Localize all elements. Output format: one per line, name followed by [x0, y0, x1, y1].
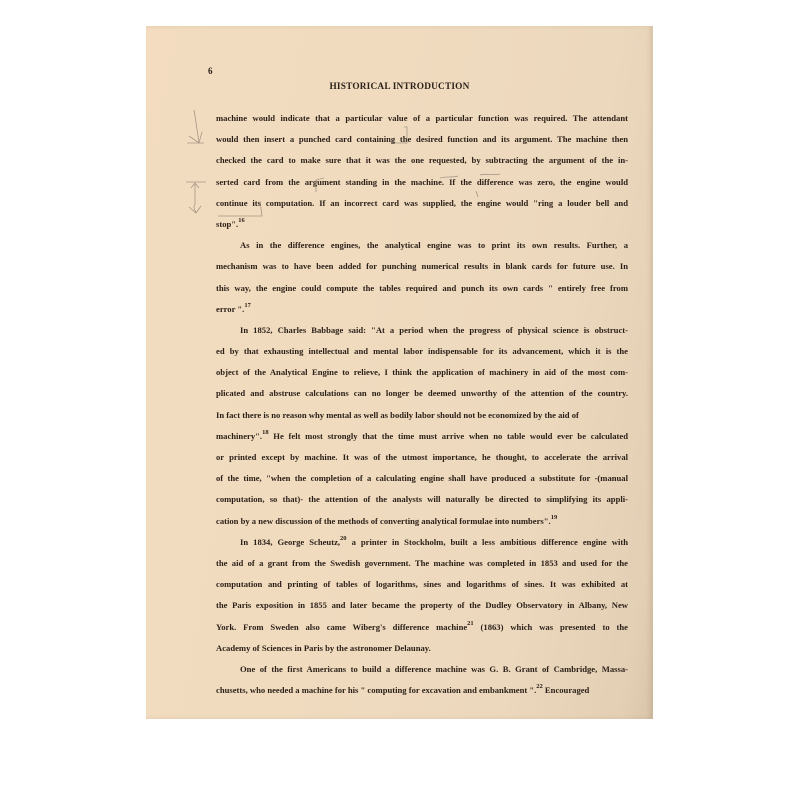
text-line: continue its computation. If an incorrec… — [216, 193, 628, 214]
text-line: chusetts, who needed a machine for his "… — [216, 680, 628, 701]
text-line: Academy of Sciences in Paris by the astr… — [216, 638, 628, 659]
footnote-ref: 19 — [551, 514, 558, 521]
text-line: checked the card to make sure that it wa… — [216, 150, 628, 171]
footnote-ref: 20 — [340, 535, 347, 542]
text-line: computation, so that)- the attention of … — [216, 489, 628, 510]
text-line: In 1834, George Scheutz,20 a printer in … — [216, 532, 628, 553]
down-arrow-icon — [194, 110, 199, 142]
text-line: machinery".18 He felt most strongly that… — [216, 426, 628, 447]
text-line: computation and printing of tables of lo… — [216, 574, 628, 595]
text-line: the aid of a grant from the Swedish gove… — [216, 553, 628, 574]
text-line: York. From Sweden also came Wiberg's dif… — [216, 617, 628, 638]
text-line: this way, the engine could compute the t… — [216, 278, 628, 299]
footnote-ref: 17 — [244, 302, 251, 309]
text-line: machine would indicate that a particular… — [216, 108, 628, 129]
text-line: In fact there is no reason why mental as… — [216, 405, 628, 426]
footnote-ref: 22 — [536, 683, 543, 690]
text-line: In 1852, Charles Babbage said: "At a per… — [216, 320, 628, 341]
text-line: plicated and abstruse calculations can n… — [216, 383, 628, 404]
text-line: serted card from the argument standing i… — [216, 172, 628, 193]
text-line: or printed except by machine. It was of … — [216, 447, 628, 468]
text-line: stop".16 — [216, 214, 628, 235]
text-line: As in the difference engines, the analyt… — [216, 235, 628, 256]
document-page: 6 HISTORICAL INTRODUCTION machine would … — [146, 26, 653, 719]
footnote-ref: 21 — [467, 620, 474, 627]
text-line: object of the Analytical Engine to relie… — [216, 362, 628, 383]
text-line: cation by a new discussion of the method… — [216, 511, 628, 532]
text-line: error ".17 — [216, 299, 628, 320]
text-line: ed by that exhausting intellectual and m… — [216, 341, 628, 362]
text-line: the Paris exposition in 1855 and later b… — [216, 595, 628, 616]
page-number: 6 — [208, 66, 213, 76]
footnote-ref: 16 — [238, 217, 245, 224]
body-text: machine would indicate that a particular… — [216, 108, 628, 701]
text-line: One of the first Americans to build a di… — [216, 659, 628, 680]
text-line: would then insert a punched card contain… — [216, 129, 628, 150]
text-line: mechanism was to have been added for pun… — [216, 256, 628, 277]
running-head: HISTORICAL INTRODUCTION — [146, 82, 653, 92]
text-line: of the time, "when the completion of a c… — [216, 468, 628, 489]
footnote-ref: 18 — [262, 429, 269, 436]
